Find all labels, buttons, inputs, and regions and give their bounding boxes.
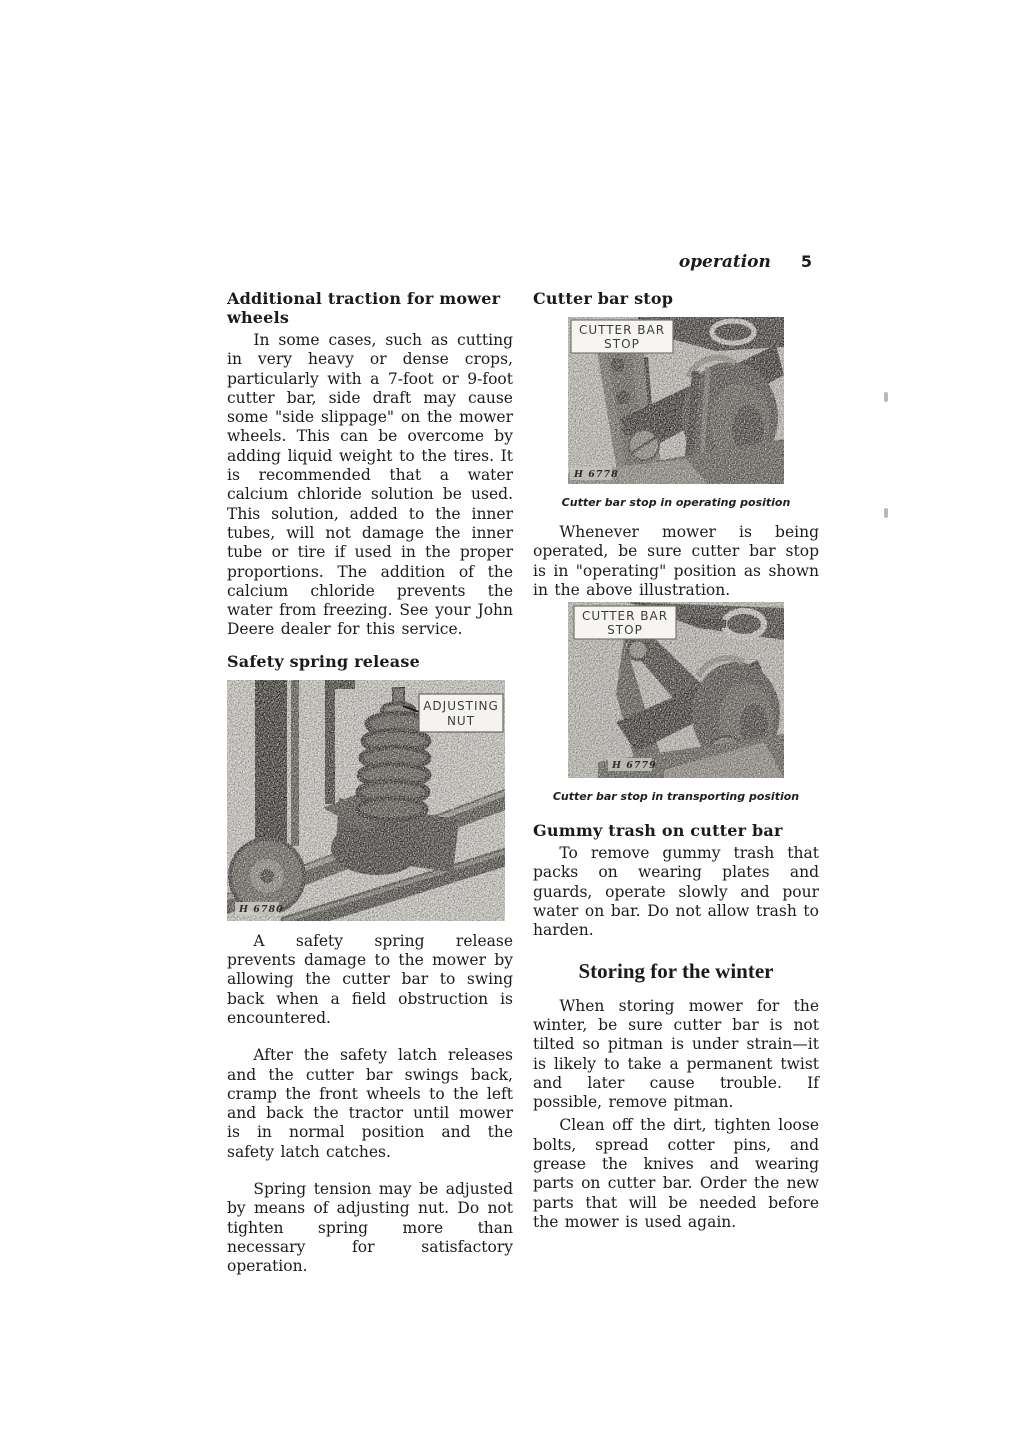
storing-paragraph-1: When storing mower for the winter, be su… [533,997,819,1113]
cutter-bar-stop-callout: CUTTER BAR STOP [571,320,673,353]
cutter-bar-stop-callout: CUTTER BAR STOP [574,606,676,639]
heading-additional-traction: Additional traction for mower wheels [227,289,513,327]
callout-line1: ADJUSTING [423,699,499,713]
caption-transporting-position: Cutter bar stop in transporting position [533,790,819,803]
heading-cutter-bar-stop: Cutter bar stop [533,289,819,308]
caption-operating-position: Cutter bar stop in operating position [533,496,819,509]
safety-spring-paragraph-3: Spring tension may be adjusted by means … [227,1180,513,1276]
heading-storing-winter: Storing for the winter [533,959,819,983]
gummy-trash-paragraph: To remove gummy trash that packs on wear… [533,844,819,940]
callout-line1: CUTTER BAR [579,323,665,337]
photo-id-h6778: H 6778 [573,469,619,480]
photo-id-h6780: H 6780 [238,904,284,915]
callout-line2: STOP [604,337,640,351]
page-number: 5 [801,252,812,271]
callout-line1: CUTTER BAR [582,609,668,623]
cutter-bar-paragraph: Whenever mower is being operated, be sur… [533,523,819,600]
callout-line2: STOP [607,623,643,637]
left-column: Additional traction for mower wheels In … [227,289,513,1295]
traction-paragraph: In some cases, such as cutting in very h… [227,331,513,640]
callout-line2: NUT [447,714,475,728]
safety-spring-paragraph-2: After the safety latch releases and the … [227,1046,513,1162]
scan-speck [884,392,888,402]
cutter-bar-operating-photo: CUTTER BAR STOP H 6778 [568,317,784,484]
photo-id-h6779: H 6779 [611,760,657,771]
safety-spring-photo: ADJUSTING NUT H 6780 [227,680,505,921]
heading-safety-spring: Safety spring release [227,652,513,671]
figure-safety-spring: ADJUSTING NUT H 6780 [227,680,513,921]
running-title: operation [679,252,771,272]
heading-gummy-trash: Gummy trash on cutter bar [533,821,819,840]
safety-spring-paragraph-1: A safety spring release prevents damage … [227,932,513,1028]
cutter-bar-transporting-photo: CUTTER BAR STOP H 6779 [568,602,784,778]
page-header: operation 5 [0,252,1024,272]
storing-paragraph-2: Clean off the dirt, tighten loose bolts,… [533,1116,819,1232]
right-column: Cutter bar stop [533,289,819,1250]
scan-speck [884,508,888,518]
figure-cutter-bar-operating: CUTTER BAR STOP H 6778 Cutter bar stop i… [533,317,819,509]
figure-cutter-bar-transporting: CUTTER BAR STOP H 6779 Cutter bar stop i… [533,602,819,803]
